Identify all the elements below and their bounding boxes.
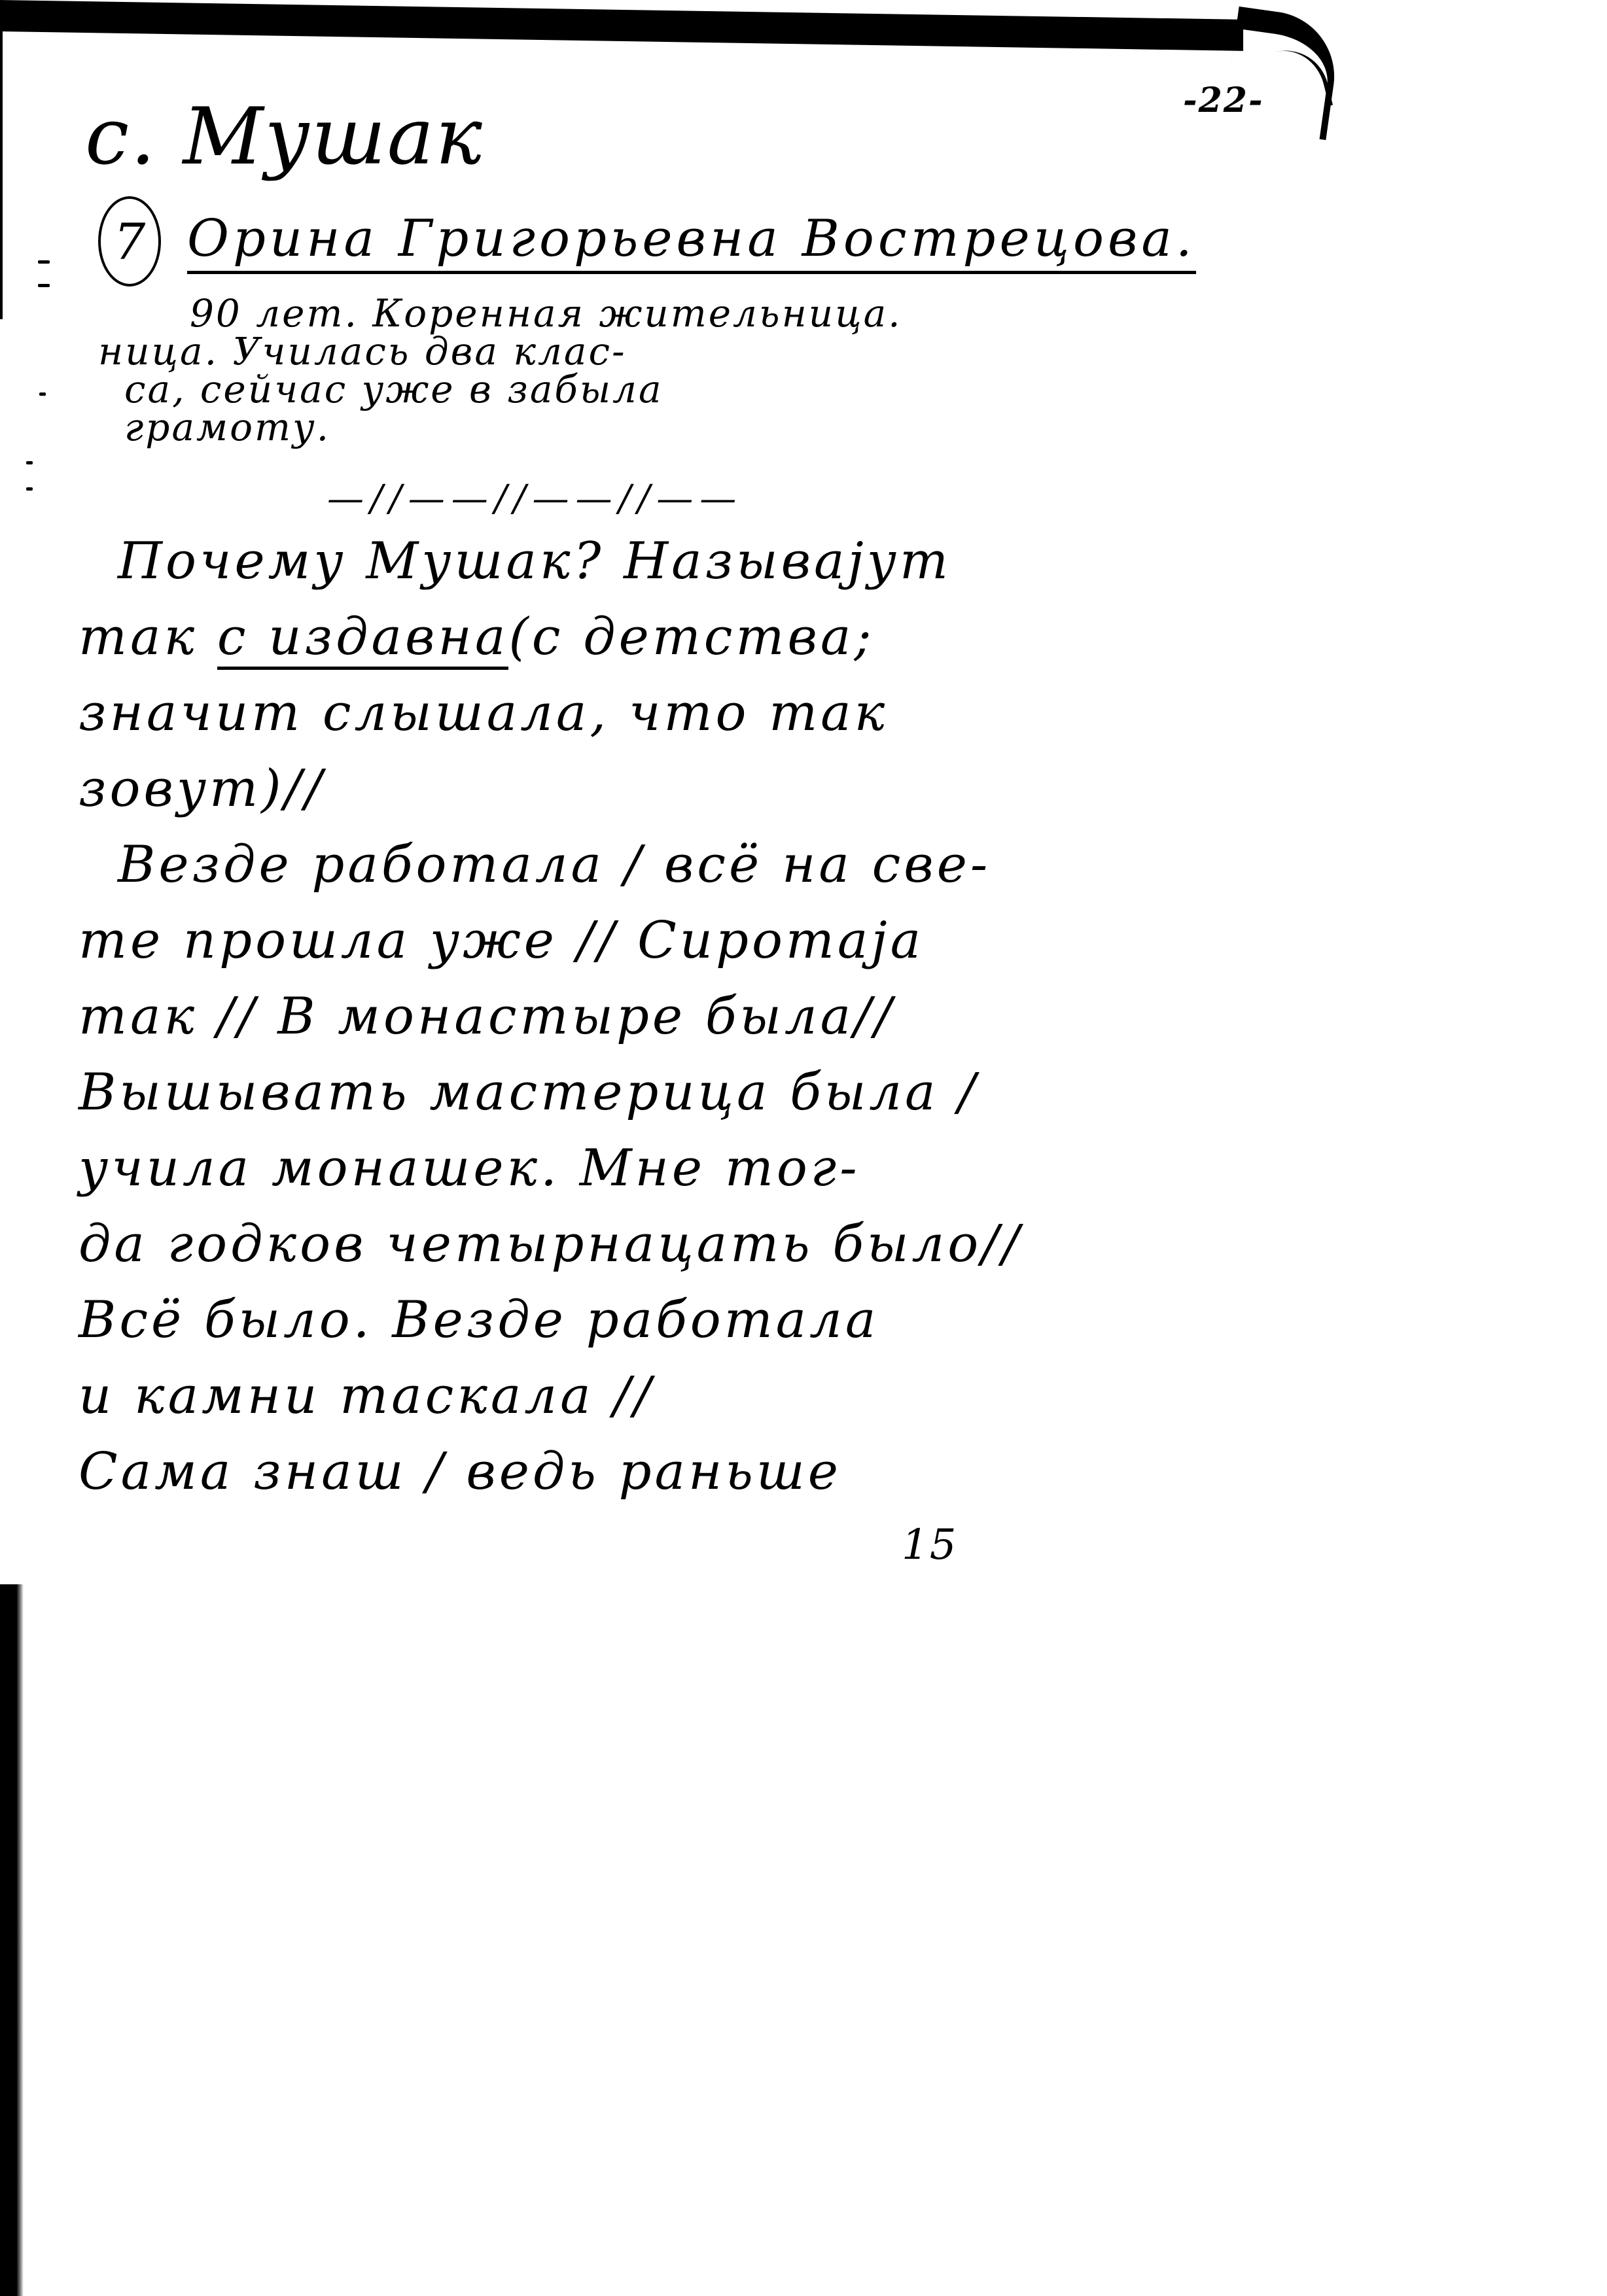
transcript-line: значит слышала, что так	[79, 675, 981, 751]
transcript-line: Всё было. Везде работала	[79, 1282, 981, 1358]
margin-mark	[26, 487, 33, 491]
margin-mark	[38, 260, 50, 264]
transcript-line: зовут)//	[79, 751, 981, 827]
underlined-phrase: с издавна	[217, 608, 508, 670]
margin-mark	[38, 284, 50, 287]
bio-line: грамоту.	[124, 408, 936, 446]
transcript-line: так с издавна(с детства;	[79, 599, 981, 675]
informant-number: 7	[114, 213, 145, 271]
transcript-line: учила монашек. Мне тог-	[79, 1130, 981, 1206]
informant-name: Орина Григорьевна Вострецова.	[187, 209, 1196, 274]
transcript-line: Сама знаш / ведь раньше	[79, 1434, 981, 1510]
transcript-line: Вышывать мастерица была /	[79, 1054, 981, 1130]
village-heading: с. Мушак	[85, 98, 484, 177]
bio-line: са, сейчас уже в забыла	[124, 370, 936, 408]
scan-border-left-bottom	[0, 1584, 24, 2296]
margin-mark	[26, 461, 33, 464]
scan-border-left-top	[0, 31, 3, 319]
page-number-bottom: 15	[902, 1524, 957, 1566]
transcript-line: те прошла уже // Сиротаја	[79, 903, 981, 979]
page-number-top: -22-	[1183, 84, 1264, 118]
section-separator: —//——//——//——	[327, 481, 743, 517]
transcript-line: так // В монастыре была//	[79, 979, 981, 1054]
margin-mark	[39, 392, 46, 396]
transcript-body: Почему Мушак? Называјут так с издавна(с …	[79, 523, 981, 1510]
scan-border-top	[0, 0, 1243, 51]
bio-line: ница. Училась два клас-	[98, 332, 936, 370]
bio-line: 90 лет. Коренная жительница.	[124, 294, 936, 332]
transcript-line: да годков четырнацать было//	[79, 1206, 981, 1282]
transcript-line: Везде работала / всё на све-	[79, 827, 981, 903]
informant-bio: 90 лет. Коренная жительница. ница. Учила…	[124, 294, 936, 446]
transcript-fragment: (с детства;	[508, 608, 874, 667]
transcript-fragment: так	[79, 608, 217, 667]
transcript-line: Почему Мушак? Называјут	[79, 523, 981, 599]
transcript-line: и камни таскала //	[79, 1358, 981, 1434]
informant-number-circle: 7	[98, 196, 161, 287]
informant-header: 7 Орина Григорьевна Вострецова.	[98, 196, 1196, 287]
